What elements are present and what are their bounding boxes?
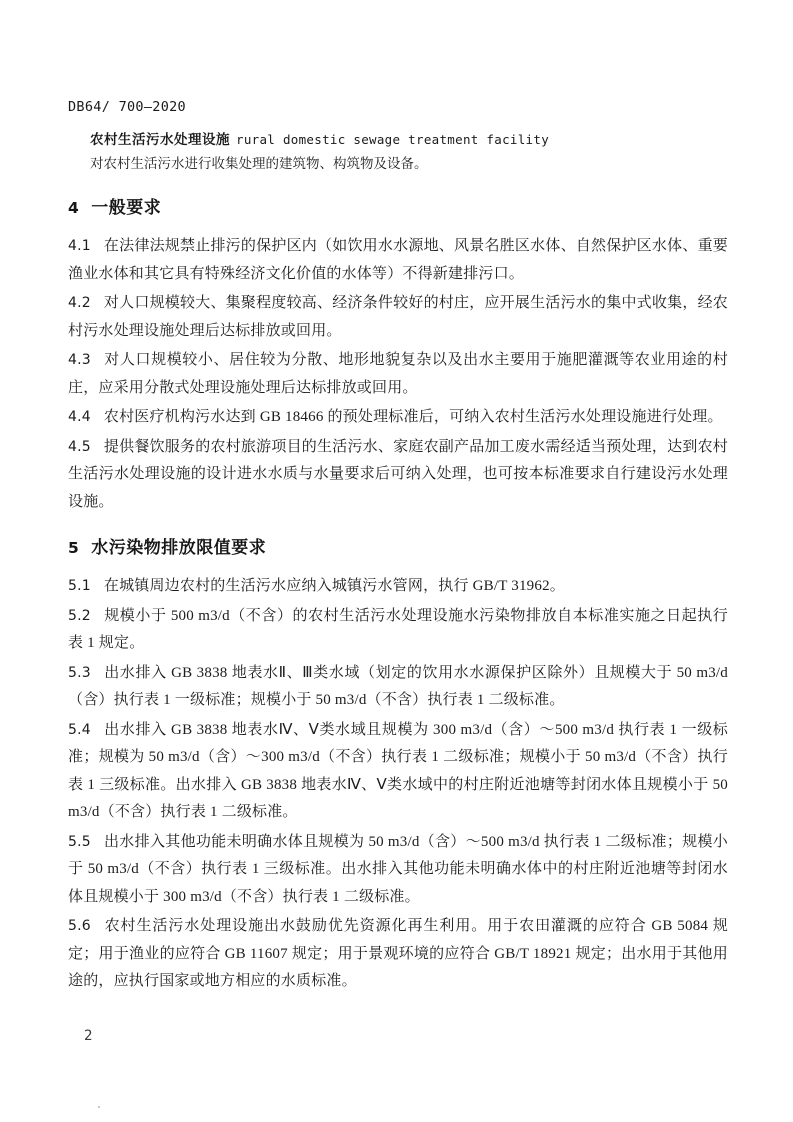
clause-4-2-number: 4.2 [68,295,91,311]
standard-number-header: DB64/ 700—2020 [68,99,728,115]
clause-4-4: 4.4农村医疗机构污水达到 GB 18466 的预处理标准后，可纳入农村生活污水… [68,404,728,432]
section-5-number: 5 [68,539,79,557]
clause-4-5-text: 提供餐饮服务的农村旅游项目的生活污水、家庭农副产品加工废水需经适当预处理，达到农… [68,439,728,510]
scan-artifact-dot [98,1106,100,1108]
definition-block: 农村生活污水处理设施rural domestic sewage treatmen… [90,128,728,176]
clause-4-5: 4.5提供餐饮服务的农村旅游项目的生活污水、家庭农副产品加工废水需经适当预处理，… [68,434,728,517]
clause-5-6-text: 农村生活污水处理设施出水鼓励优先资源化再生利用。用于农田灌溉的应符合 GB 50… [68,918,728,989]
section-4-title: 一般要求 [91,198,161,217]
section-5-heading: 5水污染物排放限值要求 [68,538,728,558]
clause-5-3: 5.3出水排入 GB 3838 地表水Ⅱ、Ⅲ类水域（划定的饮用水水源保护区除外）… [68,660,728,715]
document-page: DB64/ 700—2020 农村生活污水处理设施rural domestic … [0,0,793,1122]
clause-5-1-text: 在城镇周边农村的生活污水应纳入城镇污水管网，执行 GB/T 31962。 [104,578,565,594]
clause-4-4-number: 4.4 [68,409,91,425]
clause-4-3-number: 4.3 [68,352,91,368]
definition-term-line: 农村生活污水处理设施rural domestic sewage treatmen… [90,128,728,152]
clause-5-5-number: 5.5 [68,834,91,850]
clause-5-3-text: 出水排入 GB 3838 地表水Ⅱ、Ⅲ类水域（划定的饮用水水源保护区除外）且规模… [68,665,728,709]
clause-5-5-text: 出水排入其他功能未明确水体且规模为 50 m3/d（含）～500 m3/d 执行… [68,834,728,905]
clause-4-3-text: 对人口规模较小、居住较为分散、地形地貌复杂以及出水主要用于施肥灌溉等农业用途的村… [68,352,728,396]
clause-5-2-number: 5.2 [68,608,91,624]
section-4-heading: 4一般要求 [68,198,728,218]
clause-4-2: 4.2对人口规模较大、集聚程度较高、经济条件较好的村庄，应开展生活污水的集中式收… [68,290,728,345]
page-number: 2 [84,1028,92,1044]
section-4-number: 4 [68,199,79,217]
clause-5-6-number: 5.6 [68,918,91,934]
clause-5-4-number: 5.4 [68,722,91,738]
clause-5-1: 5.1在城镇周边农村的生活污水应纳入城镇污水管网，执行 GB/T 31962。 [68,573,728,601]
definition-term-en: rural domestic sewage treatment facility [236,132,549,147]
clause-5-4: 5.4出水排入 GB 3838 地表水Ⅳ、Ⅴ类水域且规模为 300 m3/d（含… [68,717,728,827]
definition-term-zh: 农村生活污水处理设施 [90,132,230,147]
clause-4-1-number: 4.1 [68,238,91,254]
clause-4-4-text: 农村医疗机构污水达到 GB 18466 的预处理标准后，可纳入农村生活污水处理设… [104,409,723,425]
clause-4-2-text: 对人口规模较大、集聚程度较高、经济条件较好的村庄，应开展生活污水的集中式收集，经… [68,295,728,339]
clause-5-4-text: 出水排入 GB 3838 地表水Ⅳ、Ⅴ类水域且规模为 300 m3/d（含）～5… [68,722,728,821]
clause-5-2-text: 规模小于 500 m3/d（不含）的农村生活污水处理设施水污染物排放自本标准实施… [68,608,728,652]
clause-5-5: 5.5出水排入其他功能未明确水体且规模为 50 m3/d（含）～500 m3/d… [68,829,728,912]
definition-body: 对农村生活污水进行收集处理的建筑物、构筑物及设备。 [90,152,728,176]
clause-4-5-number: 4.5 [68,439,91,455]
clause-4-1-text: 在法律法规禁止排污的保护区内（如饮用水水源地、风景名胜区水体、自然保护区水体、重… [68,238,728,282]
clause-5-6: 5.6农村生活污水处理设施出水鼓励优先资源化再生利用。用于农田灌溉的应符合 GB… [68,913,728,996]
clause-5-2: 5.2规模小于 500 m3/d（不含）的农村生活污水处理设施水污染物排放自本标… [68,603,728,658]
clause-5-1-number: 5.1 [68,578,91,594]
page-content: DB64/ 700—2020 农村生活污水处理设施rural domestic … [68,99,728,996]
clause-4-3: 4.3对人口规模较小、居住较为分散、地形地貌复杂以及出水主要用于施肥灌溉等农业用… [68,347,728,402]
clause-4-1: 4.1在法律法规禁止排污的保护区内（如饮用水水源地、风景名胜区水体、自然保护区水… [68,233,728,288]
section-5-title: 水污染物排放限值要求 [91,538,266,557]
clause-5-3-number: 5.3 [68,665,91,681]
